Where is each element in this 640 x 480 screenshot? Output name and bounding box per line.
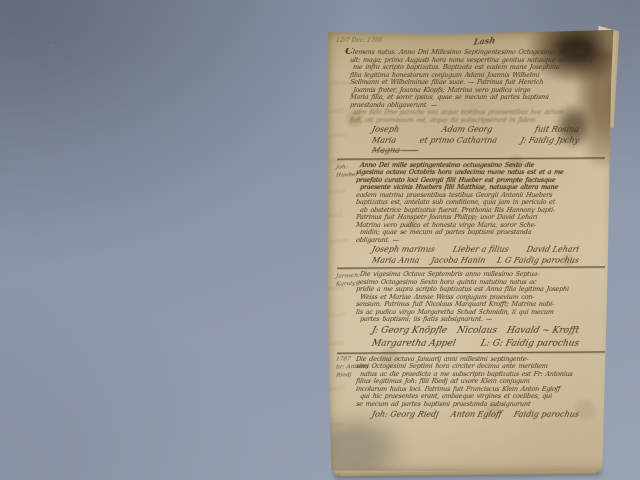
signature: J: Faidig Jpchy — [520, 136, 580, 146]
signature: David Lehari — [526, 245, 580, 255]
register-entry: Joh:HueberAnno Dei mille septingentesimo… — [336, 162, 609, 266]
manuscript-text: 12/7 Dec: 1786 Lash Clemens natus. Anno … — [336, 37, 609, 468]
signature: Nicolaus — [456, 325, 499, 337]
signature: Lieber a filius — [452, 245, 510, 255]
signature-row: J: Georg KnöpfleNicolausHavald ~ Krofft — [334, 324, 610, 337]
entry-line: adm Rdo Dno parocho loci atque testibus … — [335, 109, 609, 117]
entry-line: partes baptismi; iis fiatis subsignarunt… — [335, 316, 609, 324]
entry-line: qui hic praesentes erant, ambaeque virgi… — [335, 393, 609, 401]
signature: Maria Anna — [371, 256, 421, 266]
entry-line: simi Octogesimi Septimi hora circiter de… — [335, 363, 609, 371]
signature: Margaretha Appel — [370, 338, 456, 350]
signature: Maria — [371, 136, 397, 146]
signature-row: Margaretha AppelL: G: Faidig parochus — [334, 337, 610, 350]
signature: Joseph — [371, 125, 400, 135]
entry-line: sensum. Patrinus fuit Nicolaus Marquard … — [335, 301, 609, 309]
signature: et primo Catharina — [419, 136, 498, 146]
signature-row: Magna —— — [335, 145, 610, 156]
entry-line: Weiss et Mariae Annae Weiss conjugum pra… — [335, 294, 609, 302]
entry-line: eadem matrina praesentibus testibus Geor… — [335, 192, 609, 200]
corner-date-note: 12/7 Dec: 1786 — [335, 37, 383, 44]
entry-line: praestanda obligaverunt. — — [335, 102, 609, 110]
entry-line: ab obstetrice baptizatus fuerat. Prothon… — [335, 207, 609, 215]
scanned-register-photo: 12/7 Dec: 1786 Lash Clemens natus. Anno … — [0, 0, 640, 480]
entry-line: se mecum ad partes baptismi praestanda s… — [335, 401, 609, 409]
entry-line: Clemens natus. Anno Dni Millesimo Septin… — [335, 48, 609, 57]
entry-line: praefato curato loci Georgii filii Huebe… — [335, 177, 609, 185]
signature: J: Georg Knöpfle — [370, 325, 448, 337]
entry-line: praesente vicinis Huebers filii Matthiae… — [335, 184, 609, 192]
entry-line: Die vigesima Octava Septembris anno mill… — [335, 271, 609, 279]
signature: Magna —— — [371, 146, 420, 156]
register-entry: Jarosch:KarolyDie vigesima Octava Septem… — [336, 271, 609, 350]
entry-line: Sellmann et Wilhelminae filiae suae. — P… — [335, 79, 609, 87]
signature: Anton Egloff — [450, 409, 503, 420]
signature: Havald ~ Krofft — [505, 325, 580, 337]
signature: L: G: Faidig parochus — [479, 338, 580, 350]
register-entries: Clemens natus. Anno Dni Millesimo Septin… — [336, 48, 609, 420]
entry-divider-rule — [337, 157, 605, 159]
entry-line: Matrina vero pudica et honesta virgo Mar… — [335, 222, 609, 230]
page-mark: Lash — [473, 35, 496, 46]
signature: L G Faidig parochus — [496, 256, 580, 266]
entry-line: Anno Dei mille septingentesimo octuagesi… — [335, 162, 609, 170]
page-header-row: 12/7 Dec: 1786 Lash — [336, 37, 609, 48]
signature: Joh: Georg Riedj — [371, 409, 440, 420]
entry-line: pridie a me supra scripto baptizatus est… — [335, 286, 609, 294]
entry-line: me infra scripto baptizatus. Baptizata e… — [335, 64, 609, 72]
signature-row: Joh: Georg RiedjAnton EgloffFaidig paroc… — [335, 408, 611, 420]
register-entry: 1787br: AntoniyRiedjDie decima octava Ja… — [336, 356, 609, 421]
manuscript-page: 12/7 Dec: 1786 Lash Clemens natus. Anno … — [326, 30, 614, 472]
entry-line: filius legitimus Joh: filii Riedj ad uxo… — [335, 378, 609, 386]
signature: Joseph marinus — [371, 245, 436, 255]
entry-line: obligarunt. — — [335, 237, 609, 245]
entry-line: natus ac die praedicta a me subscripto b… — [335, 371, 609, 379]
signature-row: JosephAdam Georgfuit Rosina — [335, 124, 610, 135]
signature: Adam Georg — [441, 125, 494, 135]
entry-line: Joannis frater, Joanna Klopfs; Matrina v… — [335, 87, 609, 95]
signature-row: Maria AnnaJacoba HaninL G Faidig parochu… — [335, 255, 610, 266]
entry-line: Patrinus fuit Hanspetr Joannis Philipp; … — [335, 214, 609, 222]
signature: fuit Rosina — [534, 125, 580, 135]
entry-line: gesimo Octogesimo Sexto hora quinta matu… — [335, 279, 609, 287]
entry-divider-rule — [337, 266, 605, 268]
entry-line: Die decima octava Januarij anni millesim… — [335, 356, 609, 364]
signature-row: Mariaet primo CatharinaJ: Faidig Jpchy — [335, 135, 610, 146]
entry-line: lis ac pudica virgo Margaretha Schad Sch… — [335, 309, 609, 317]
entry-line: filia legitima honestorum conjugum Adami… — [335, 72, 609, 80]
entry-line: incolarum huius loci. Patrinus fuit Fran… — [335, 386, 609, 394]
entry-divider-rule — [337, 351, 605, 353]
register-entry: Clemens natus. Anno Dni Millesimo Septin… — [336, 48, 609, 156]
signature: Faidig parochus — [512, 409, 580, 420]
background-speck — [50, 44, 52, 46]
entry-line: fuit, uti praemissum est, atque ita subs… — [335, 117, 609, 125]
entry-line: vigesima octava Octobris hora undecima m… — [335, 169, 609, 177]
signature-row: Joseph marinusLieber a filiusDavid Lehar… — [335, 244, 610, 255]
entry-line: ult: maga; prima Augusti hora nona vespe… — [335, 57, 609, 65]
entry-line: midin; quae se mecum ad partes baptismi … — [335, 229, 609, 237]
entry-line: Maria filia, et soror ipsius, quae se me… — [335, 94, 609, 102]
signature: Jacoba Hanin — [430, 256, 487, 266]
entry-line: baptizatus est, antelato sub conditione,… — [335, 199, 609, 207]
